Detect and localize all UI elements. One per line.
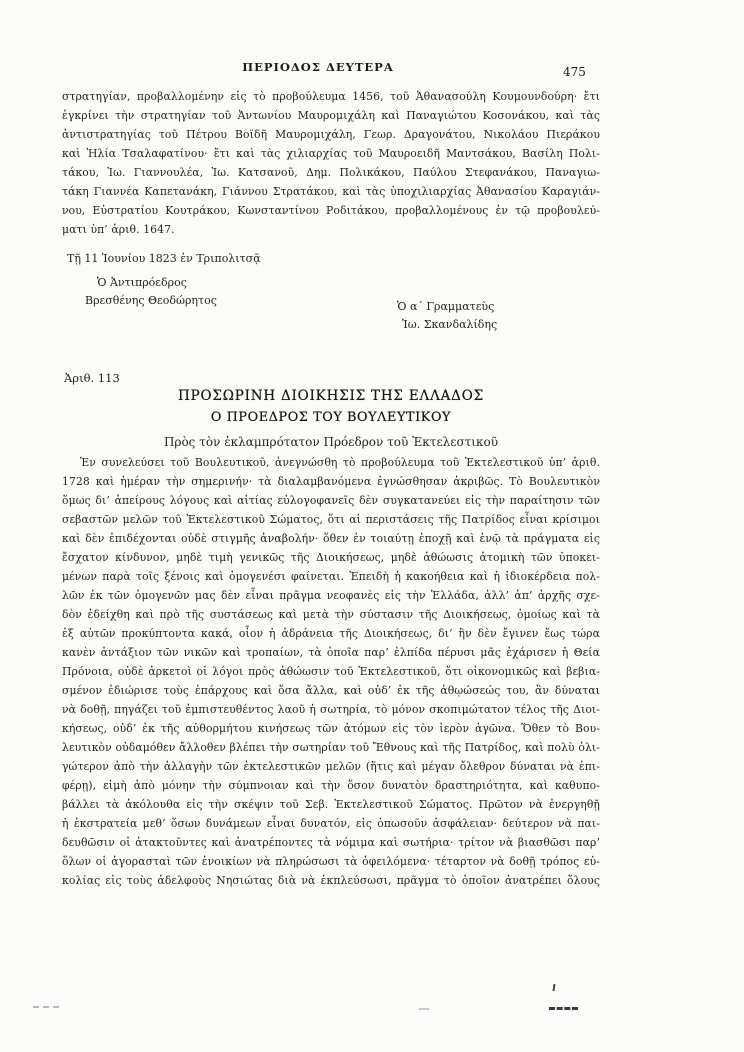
decree-continuation-paragraph: στρατηγίαν, προβαλλομένην εἰς τὸ προβούλ… <box>62 87 600 239</box>
signature-left-name: Βρεσθένης Θεοδώρητος <box>85 294 217 307</box>
scan-artifact-tick <box>553 984 556 991</box>
text-line: στρατηγίαν, προβαλλομένην εἰς τὸ προβούλ… <box>62 87 600 106</box>
text-line: κανὲν ἀντάξιον τῶν νικῶν καὶ τροπαίων, τ… <box>62 643 600 662</box>
text-line: τάκου, Ἰω. Γιαννουλέα, Ἰω. Κατσανοῦ, Δημ… <box>62 163 600 182</box>
text-line: ἀντιστρατηγίας τοῦ Πέτρου Βοϊδῆ Μαυρομιχ… <box>62 125 600 144</box>
text-line: δευθῶσιν οἱ ἀτακτοῦντες καὶ ἀνατρέποντες… <box>62 833 600 852</box>
signature-left-title: Ὁ Ἀντιπρόεδρος <box>97 276 187 289</box>
text-line: καὶ δὲν ἐπιδέχονται οὐδὲ στιγμῆς ἀναβολή… <box>62 529 600 548</box>
text-line: γώτερον ἀπὸ τὴν ἀλλαγὴν τῶν ἐκτελεστικῶν… <box>62 757 600 776</box>
text-line: δὸν ἐδείχθη καὶ πρὸ τῆς συστάσεως καὶ με… <box>62 605 600 624</box>
text-line: ἐγκρίνει τὴν στρατηγίαν τοῦ Ἀντωνίου Μαυ… <box>62 106 600 125</box>
text-line: 1728 καὶ ἡμέραν τὴν σημερινήν· τὰ διαλαμ… <box>62 472 600 491</box>
text-line: λευτικὸν οὐδαμόθεν ἄλλοθεν βλέπει τὴν σω… <box>62 738 600 757</box>
text-line: λῶν ἐκ τῶν ὁμογενῶν μας δὲν εἶναι πρᾶγμα… <box>62 586 600 605</box>
text-line: μένων παρὰ τοῖς ξένοις καὶ ὁμογενέσι φαί… <box>62 567 600 586</box>
running-head-title: ΠΕΡΙΟΔΟΣ ΔΕΥΤΕΡΑ <box>62 60 574 74</box>
text-line: ὅλων οἱ ἀγορασταὶ τῶν ἐνοικίων νὰ πληρώσ… <box>62 852 600 871</box>
text-line: Πρόνοια, οὐδὲ ἀρκετοὶ οἱ λόγοι πρὸς ἀθώω… <box>62 662 600 681</box>
text-line: Ἐν συνελεύσει τοῦ Βουλευτικοῦ, ἀνεγνώσθη… <box>62 453 600 472</box>
text-line: ὅμως δι’ ἀπείρους λόγους καὶ αἰτίας εὐλο… <box>62 491 600 510</box>
text-line: ματι ὑπ’ ἀριθ. 1647. <box>62 220 600 239</box>
scan-artifact-left-dashes <box>33 1006 59 1008</box>
administration-heading: ΠΡΟΣΩΡΙΝΗ ΔΙΟΙΚΗΣΙΣ ΤΗΣ ΕΛΛΑΔΟΣ <box>62 388 600 404</box>
text-line: φέρῃ), εἰμὴ ἀπὸ μόνην τὴν σύμπνοιαν καὶ … <box>62 776 600 795</box>
text-line: βάλλει τὰ ἀκόλουθα εἰς τὴν σκέψιν τοῦ Σε… <box>62 795 600 814</box>
text-line: κολίας εἰς τοὺς ἀδελφοὺς Νησιώτας διὰ νὰ… <box>62 871 600 890</box>
text-line: ἐξ αὐτῶν προκύπτοντα κακά, οἷον ἡ ἀδράνε… <box>62 624 600 643</box>
president-heading: Ο ΠΡΟΕΔΡΟΣ ΤΟΥ ΒΟΥΛΕΥΤΙΚΟΥ <box>62 410 600 425</box>
text-line: τάκη Γιαννέα Καπετανάκη, Γιάννου Στρατάκ… <box>62 182 600 201</box>
signature-right-title: Ὁ α´ Γραμματεὺς <box>397 300 494 313</box>
text-line: σμένον ἐδιώρισε τοὺς ἐπάρχους καὶ ὅσα ἄλ… <box>62 681 600 700</box>
letter-body-paragraph: Ἐν συνελεύσει τοῦ Βουλευτικοῦ, ἀνεγνώσθη… <box>62 453 600 890</box>
text-line: νου, Εὐστρατίου Κουτράκου, Κωνσταντίνου … <box>62 201 600 220</box>
dateline: Τῇ 11 Ἰουνίου 1823 ἐν Τριπολιτσᾷ <box>67 252 261 265</box>
scanned-document-page: ΠΕΡΙΟΔΟΣ ΔΕΥΤΕΡΑ 475 στρατηγίαν, προβαλλ… <box>0 0 744 1052</box>
text-line: καὶ Ἠλία Τσαλαφατίνου· ἔτι καὶ τὰς χιλια… <box>62 144 600 163</box>
document-number: Ἀριθ. 113 <box>64 371 120 385</box>
text-line: κήσεως, οὐδ’ ἐκ τῆς αὐθορμήτου κινήσεως … <box>62 719 600 738</box>
scan-artifact-right-dashes <box>549 1007 578 1010</box>
text-line: σεβαστῶν μελῶν τοῦ Ἐκτελεστικοῦ Σώματος,… <box>62 510 600 529</box>
text-line: νὰ δοθῇ, πηγάζει τοῦ ἐμπιστευθέντος λαοῦ… <box>62 700 600 719</box>
signature-right-name: Ἰω. Σκανδαλίδης <box>402 318 497 331</box>
addressee-line: Πρὸς τὸν ἐκλαμπρότατον Πρόεδρον τοῦ Ἐκτε… <box>62 435 600 449</box>
page-number: 475 <box>563 65 586 79</box>
scan-artifact-middle-dash <box>419 1008 429 1010</box>
text-line: ἡ ἐκστρατεία μεθ’ ὅσων δυνάμεων εἶναι δυ… <box>62 814 600 833</box>
text-line: ἔσχατον κίνδυνον, μηδὲ τιμὴ γενικῶς τῆς … <box>62 548 600 567</box>
